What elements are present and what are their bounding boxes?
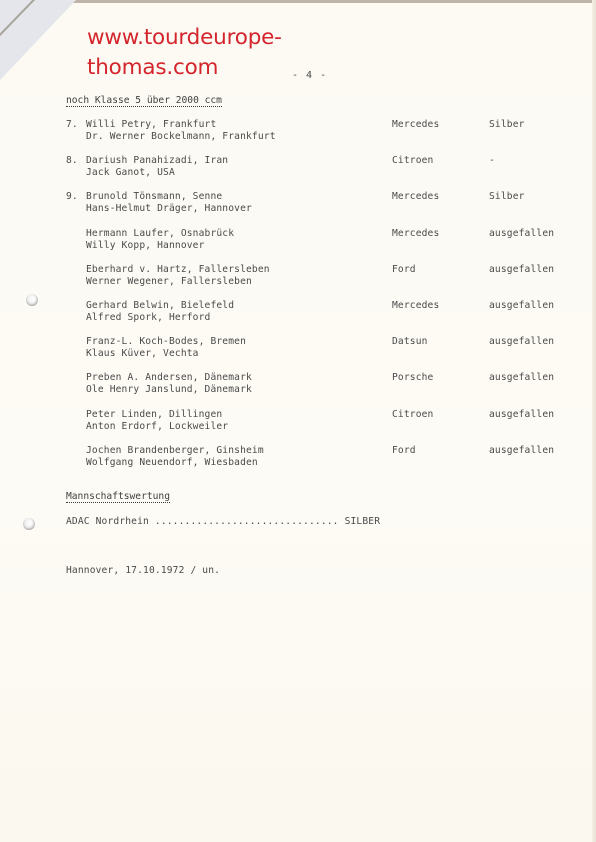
entry-result: Silber [489, 119, 525, 131]
entry-codriver: Alfred Spork, Herford [86, 312, 210, 324]
page-right-edge [592, 0, 596, 842]
place-date-footer: Hannover, 17.10.1972 / un. [66, 565, 220, 577]
entry-car: Mercedes [392, 119, 439, 131]
entry-car: Porsche [392, 372, 433, 384]
entry-car: Citroen [392, 155, 433, 167]
entry-result: - [489, 155, 495, 167]
entry-result: Silber [489, 191, 525, 203]
page-number: - 4 - [292, 70, 327, 81]
entry-car: Mercedes [392, 228, 439, 240]
entry-result: ausgefallen [489, 300, 554, 312]
entry-result: ausgefallen [489, 336, 554, 348]
entry-result: ausgefallen [489, 445, 554, 457]
punch-hole-top [26, 294, 38, 306]
entry-car: Mercedes [392, 191, 439, 203]
entry-car: Ford [392, 445, 416, 457]
entry-codriver: Hans-Helmut Dräger, Hannover [86, 203, 252, 215]
entry-car: Datsun [392, 336, 428, 348]
document-page: www.tourdeurope- thomas.com - 4 - noch K… [0, 0, 596, 842]
entry-codriver: Wolfgang Neuendorf, Wiesbaden [86, 457, 258, 469]
entry-driver: Jochen Brandenberger, Ginsheim [86, 445, 264, 457]
entry-result: ausgefallen [489, 409, 554, 421]
entry-codriver: Klaus Küver, Vechta [86, 348, 199, 360]
entry-rank: 8. [66, 155, 78, 167]
website-watermark: www.tourdeurope- thomas.com [87, 23, 282, 83]
entry-codriver: Werner Wegener, Fallersleben [86, 276, 252, 288]
entry-driver: Peter Linden, Dillingen [86, 409, 222, 421]
entry-car: Citroen [392, 409, 433, 421]
entry-driver: Hermann Laufer, Osnabrück [86, 228, 234, 240]
entry-codriver: Jack Ganot, USA [86, 167, 175, 179]
entry-rank: 7. [66, 119, 78, 131]
folded-corner [0, 0, 76, 80]
team-result: SILBER [345, 516, 381, 527]
team-leader-dots: ............................... [155, 516, 339, 527]
entry-driver: Gerhard Belwin, Bielefeld [86, 300, 234, 312]
entry-driver: Preben A. Andersen, Dänemark [86, 372, 252, 384]
entry-result: ausgefallen [489, 228, 554, 240]
entry-codriver: Ole Henry Janslund, Dänemark [86, 384, 252, 396]
entry-result: ausgefallen [489, 264, 554, 276]
watermark-line-1: www.tourdeurope- [87, 23, 282, 53]
entry-driver: Willi Petry, Frankfurt [86, 119, 216, 131]
team-classification-heading: Mannschaftswertung [66, 491, 170, 503]
entry-car: Mercedes [392, 300, 439, 312]
entry-driver: Eberhard v. Hartz, Fallersleben [86, 264, 270, 276]
watermark-line-2: thomas.com [87, 53, 282, 83]
entry-codriver: Willy Kopp, Hannover [86, 240, 205, 252]
class-heading: noch Klasse 5 über 2000 ccm [66, 95, 222, 107]
entry-result: ausgefallen [489, 372, 554, 384]
team-result-line: ADAC Nordrhein .........................… [66, 516, 380, 528]
entry-car: Ford [392, 264, 416, 276]
punch-hole-bottom [23, 518, 35, 530]
entry-driver: Brunold Tönsmann, Senne [86, 191, 222, 203]
page-top-edge [60, 0, 596, 3]
entry-rank: 9. [66, 191, 78, 203]
entry-driver: Dariush Panahizadi, Iran [86, 155, 228, 167]
team-name: ADAC Nordrhein [66, 516, 149, 527]
entry-codriver: Dr. Werner Bockelmann, Frankfurt [86, 131, 276, 143]
entry-driver: Franz-L. Koch-Bodes, Bremen [86, 336, 246, 348]
entry-codriver: Anton Erdorf, Lockweiler [86, 421, 228, 433]
